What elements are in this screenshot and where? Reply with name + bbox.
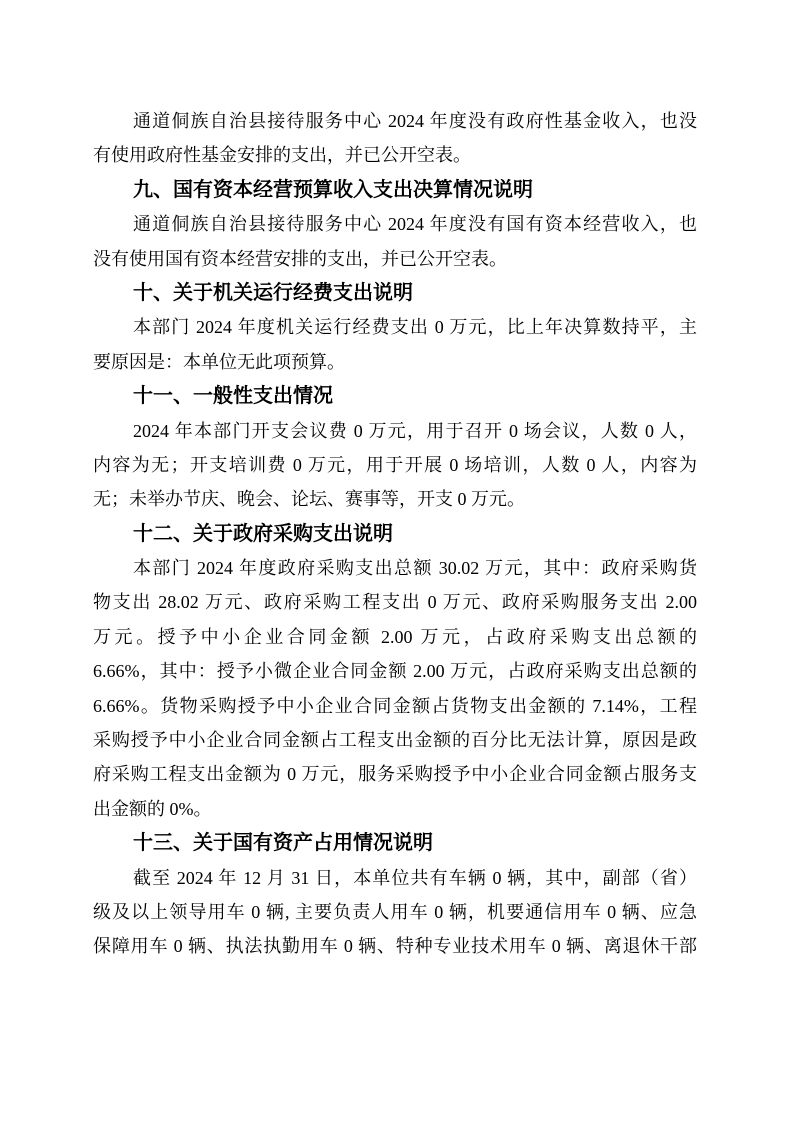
paragraph: 2024 年本部门开支会议费 0 万元，用于召开 0 场会议，人数 0 人，内容… [93,414,697,517]
heading-text-line: 十二、关于政府采购支出说明 [93,517,697,551]
heading-text-line: 十三、关于国有资产占用情况说明 [93,826,697,860]
section-heading: 十二、关于政府采购支出说明 [93,517,697,551]
section-heading: 十三、关于国有资产占用情况说明 [93,826,697,860]
body-text-line: 有使用政府性基金安排的支出，并已公开空表。 [93,138,697,172]
section-heading: 十、关于机关运行经费支出说明 [93,276,697,310]
body-text-line: 截至 2024 年 12 月 31 日，本单位共有车辆 0 辆，其中，副部（省） [93,861,697,895]
body-text-line: 保障用车 0 辆、执法执勤用车 0 辆、特种专业技术用车 0 辆、离退休干部 [93,929,697,963]
section-heading: 十一、一般性支出情况 [93,379,697,413]
body-text-line: 万元。授予中小企业合同金额 2.00 万元，占政府采购支出总额的 [93,620,697,654]
paragraph: 通道侗族自治县接待服务中心 2024 年度没有国有资本经营收入，也没有使用国有资… [93,207,697,276]
body-text-line: 要原因是：本单位无此项预算。 [93,345,697,379]
paragraph: 本部门 2024 年度机关运行经费支出 0 万元，比上年决算数持平，主要原因是：… [93,310,697,379]
paragraph: 本部门 2024 年度政府采购支出总额 30.02 万元，其中：政府采购货物支出… [93,551,697,826]
heading-text-line: 十一、一般性支出情况 [93,379,697,413]
body-text-line: 府采购工程支出金额为 0 万元，服务采购授予中小企业合同金额占服务支 [93,757,697,791]
body-text-line: 没有使用国有资本经营安排的支出，并已公开空表。 [93,242,697,276]
heading-text-line: 九、国有资本经营预算收入支出决算情况说明 [93,173,697,207]
document-content: 通道侗族自治县接待服务中心 2024 年度没有政府性基金收入，也没有使用政府性基… [93,104,697,964]
body-text-line: 物支出 28.02 万元、政府采购工程支出 0 万元、政府采购服务支出 2.00 [93,585,697,619]
body-text-line: 级及以上领导用车 0 辆, 主要负责人用车 0 辆，机要通信用车 0 辆、应急 [93,895,697,929]
body-text-line: 本部门 2024 年度政府采购支出总额 30.02 万元，其中：政府采购货 [93,551,697,585]
paragraph: 通道侗族自治县接待服务中心 2024 年度没有政府性基金收入，也没有使用政府性基… [93,104,697,173]
body-text-line: 无；未举办节庆、晚会、论坛、赛事等，开支 0 万元。 [93,482,697,516]
body-text-line: 2024 年本部门开支会议费 0 万元，用于召开 0 场会议，人数 0 人， [93,414,697,448]
body-text-line: 出金额的 0%。 [93,792,697,826]
body-text-line: 采购授予中小企业合同金额占工程支出金额的百分比无法计算，原因是政 [93,723,697,757]
body-text-line: 通道侗族自治县接待服务中心 2024 年度没有国有资本经营收入，也 [93,207,697,241]
section-heading: 九、国有资本经营预算收入支出决算情况说明 [93,173,697,207]
body-text-line: 内容为无；开支培训费 0 万元，用于开展 0 场培训，人数 0 人，内容为 [93,448,697,482]
body-text-line: 6.66%，其中：授予小微企业合同金额 2.00 万元，占政府采购支出总额的 [93,654,697,688]
body-text-line: 通道侗族自治县接待服务中心 2024 年度没有政府性基金收入，也没 [93,104,697,138]
body-text-line: 本部门 2024 年度机关运行经费支出 0 万元，比上年决算数持平，主 [93,310,697,344]
document-page: 通道侗族自治县接待服务中心 2024 年度没有政府性基金收入，也没有使用政府性基… [0,0,793,1122]
heading-text-line: 十、关于机关运行经费支出说明 [93,276,697,310]
paragraph: 截至 2024 年 12 月 31 日，本单位共有车辆 0 辆，其中，副部（省）… [93,861,697,964]
body-text-line: 6.66%。货物采购授予中小企业合同金额占货物支出金额的 7.14%，工程 [93,689,697,723]
